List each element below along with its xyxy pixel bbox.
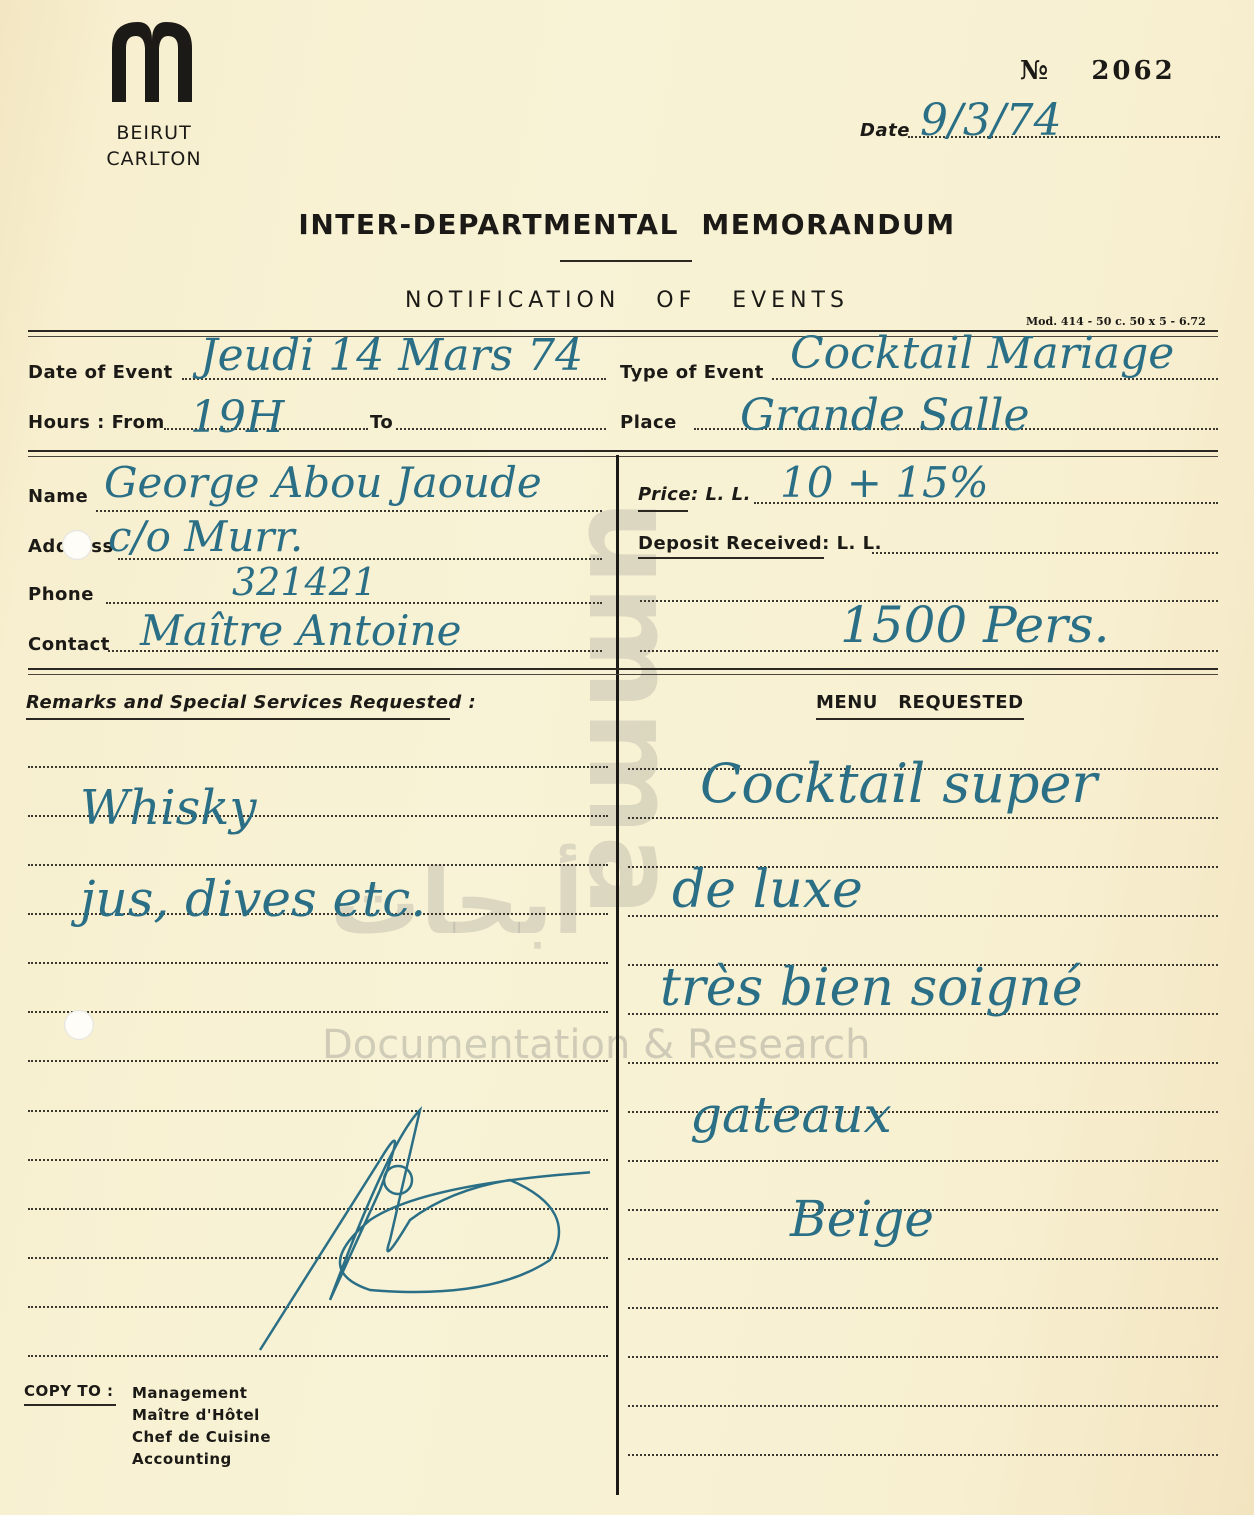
- punch-hole-top: [62, 530, 92, 560]
- name-label: Name: [28, 486, 88, 507]
- place-label: Place: [620, 412, 677, 433]
- hours-to-label: To: [370, 412, 393, 433]
- menu-line-1: Cocktail super: [700, 752, 1097, 815]
- event-type-value: Cocktail Mariage: [790, 328, 1174, 379]
- phone-label: Phone: [28, 584, 94, 605]
- hours-from-value: 19H: [190, 392, 284, 443]
- remarks-line-2: jus, dives etc.: [80, 870, 426, 928]
- hotel-name-line2: CARLTON: [84, 146, 224, 172]
- menu-label: MENU REQUESTED: [816, 692, 1024, 713]
- hotel-logo: [108, 18, 198, 106]
- page-title: INTER-DEPARTMENTAL MEMORANDUM: [0, 208, 1254, 241]
- menu-label-underline: [816, 718, 1024, 720]
- column-divider: [616, 455, 619, 1495]
- copy-to-label: COPY TO :: [24, 1382, 114, 1400]
- signature-icon: [250, 1070, 590, 1360]
- menu-line-3: très bien soigné: [660, 958, 1083, 1018]
- copy-recipient: Chef de Cuisine: [132, 1426, 271, 1448]
- menu-line-4: gateaux: [690, 1086, 892, 1144]
- section-divider-mid: [28, 450, 1218, 457]
- phone-value: 321421: [232, 560, 377, 604]
- remarks-label-underline: [26, 718, 450, 720]
- event-type-label: Type of Event: [620, 362, 764, 383]
- date-label: Date: [860, 120, 910, 141]
- hours-to-line: [396, 428, 606, 430]
- page-subtitle: NOTIFICATION OF EVENTS: [0, 288, 1254, 313]
- guests-value: 1500 Pers.: [840, 596, 1110, 654]
- copy-to-underline: [24, 1404, 116, 1406]
- copy-recipient: Management: [132, 1382, 271, 1404]
- name-value: George Abou Jaoude: [104, 458, 542, 507]
- address-value: c/o Murr.: [108, 512, 303, 561]
- remarks-line-1: Whisky: [80, 780, 256, 836]
- logo-m-icon: [108, 18, 196, 102]
- hotel-name-line1: BEIRUT: [84, 120, 224, 146]
- event-date-value: Jeudi 14 Mars 74: [200, 330, 583, 381]
- remarks-label: Remarks and Special Services Requested :: [26, 692, 476, 713]
- deposit-line: [872, 552, 1218, 554]
- copy-recipient: Accounting: [132, 1448, 271, 1470]
- title-underline: [560, 260, 692, 262]
- event-date-label: Date of Event: [28, 362, 173, 383]
- punch-hole-bottom: [64, 1010, 94, 1040]
- form-code: Mod. 414 - 50 c. 50 x 5 - 6.72: [1026, 315, 1206, 328]
- price-label: Price: L. L.: [638, 484, 751, 505]
- copy-recipient: Maître d'Hôtel: [132, 1404, 271, 1426]
- deposit-label: Deposit Received: L. L.: [638, 533, 882, 554]
- section-divider-low: [28, 668, 1218, 675]
- number-label: №: [1020, 56, 1048, 86]
- hours-from-label: Hours : From: [28, 412, 165, 433]
- place-value: Grande Salle: [740, 390, 1030, 441]
- form-number: № 2062: [1020, 56, 1176, 86]
- price-value: 10 + 15%: [780, 458, 989, 507]
- menu-line-5: Beige: [790, 1190, 934, 1248]
- deposit-label-underline: [638, 557, 824, 559]
- number-value: 2062: [1091, 56, 1175, 86]
- contact-value: Maître Antoine: [140, 606, 462, 655]
- menu-line-2: de luxe: [672, 860, 863, 920]
- date-value: 9/3/74: [920, 95, 1062, 146]
- price-label-underline: [638, 510, 688, 512]
- contact-label: Contact: [28, 634, 110, 655]
